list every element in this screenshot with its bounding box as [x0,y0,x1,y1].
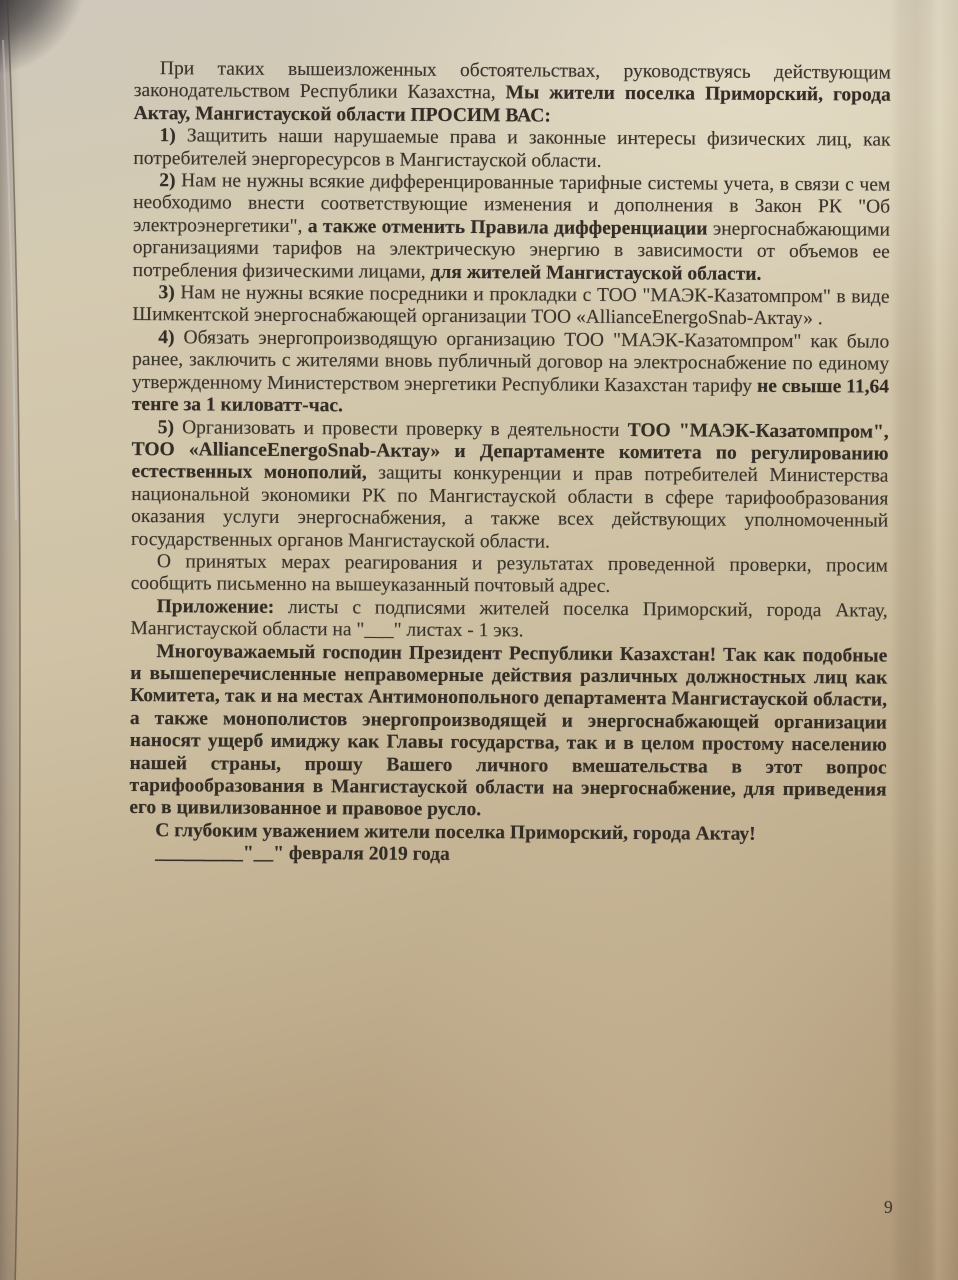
list-number: 1) [159,125,175,146]
date-blank: _________"__" февраля 2019 года [155,842,450,865]
page-number: 9 [884,1197,893,1218]
page-crease-line [0,0,40,1280]
text-run: Защитить наши нарушаемые права и законны… [133,125,890,171]
paragraph-item-1: 1) Защитить наши нарушаемые права и зако… [133,125,890,174]
paragraph-item-3: 3) Нам не нужны всякие посредники и прок… [132,282,889,331]
paragraph-item-4: 4) Обязать энергопроизводящую организаци… [132,327,890,421]
text-run: для жителей Мангистауской области. [430,261,761,284]
paragraph-item-5: 5) Организовать и провести проверку в де… [131,416,889,555]
scanned-page: При таких вышеизложенных обстоятельствах… [0,0,958,1280]
text-run: Нам не нужны всякие посредники и проклад… [132,282,889,329]
list-number: 5) [158,417,174,438]
text-run: С глубоким уважением жители поселка Прим… [155,820,756,845]
paragraph-intro: При таких вышеизложенных обстоятельствах… [134,58,891,130]
attachment-label: Приложение: [157,596,275,618]
paragraph-item-2: 2) Нам не нужны всякие дифференцированны… [133,170,891,287]
paragraph-date-line: _________"__" февраля 2019 года [129,842,886,869]
text-run: Организовать и провести проверку в деяте… [174,417,628,441]
list-number: 2) [159,170,175,191]
text-run: а также отменить Правила дифференциации [308,216,713,239]
text-run: Многоуважаемый господин Президент Респуб… [129,641,887,821]
list-number: 4) [158,327,174,348]
paragraph-attachment: Приложение: листы с подписями жителей по… [130,596,887,645]
text-run: О принятых мерах реагирования и результа… [131,551,888,597]
document-text: При таких вышеизложенных обстоятельствах… [129,58,891,869]
paragraph-appeal: Многоуважаемый господин Президент Респуб… [129,641,887,825]
list-number: 3) [159,282,175,303]
paragraph-measures: О принятых мерах реагирования и результа… [131,551,888,600]
